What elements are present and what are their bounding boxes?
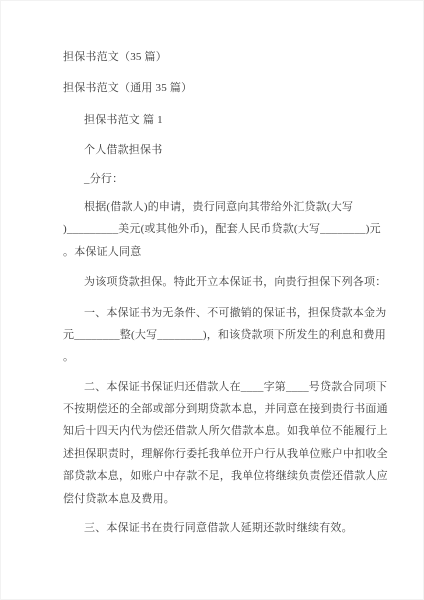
paragraph-line: 为该项贷款担保。特此开立本保证书，向贵行担保下列各项： <box>63 271 379 293</box>
paragraph-item-3: 三、本保证书在贵行同意借款人延期还款时继续有效。 <box>63 517 379 539</box>
paragraph-line: 。本保证人同意 <box>63 241 379 263</box>
section-heading: 担保书范文 篇 1 <box>63 109 379 131</box>
paragraph-line: 部贷款本息，如账户中存款不足，我单位将继续负责偿还借款人应 <box>63 465 379 487</box>
document-page: 担保书范文（35 篇） 担保书范文（通用 35 篇） 担保书范文 篇 1 个人借… <box>0 0 424 600</box>
paragraph-line: )_________美元(或其他外币)，配套人民币贷款(大写________)元 <box>63 218 379 240</box>
paragraph-item-1: 一、本保证书为无条件、不可撤销的保证书，担保贷款本金为 元________整(大… <box>63 302 379 369</box>
paragraph-line: 不按期偿还的全部或部分到期贷款本息，并同意在接到贵行书面通 <box>63 398 379 420</box>
paragraph-line: 二、本保证书保证归还借款人在____字第____号贷款合同项下 <box>63 376 379 398</box>
paragraph-line: 三、本保证书在贵行同意借款人延期还款时继续有效。 <box>63 517 379 539</box>
paragraph-application: 根据(借款人)的申请，贵行同意向其带给外汇贷款(大写 )_________美元(… <box>63 196 379 263</box>
paragraph-line: 述担保职责时，理解你行委托我单位开户行从我单位账户中扣收全 <box>63 443 379 465</box>
salutation-line: _分行： <box>63 168 379 190</box>
document-subheading: 担保书范文（通用 35 篇） <box>63 77 379 99</box>
paragraph-line: 元________整(大写________)，和该贷款项下所发生的利息和费用 <box>63 324 379 346</box>
paragraph-line: 。 <box>63 346 379 368</box>
document-heading: 担保书范文（35 篇） <box>63 46 379 68</box>
paragraph-item-2: 二、本保证书保证归还借款人在____字第____号贷款合同项下 不按期偿还的全部… <box>63 376 379 510</box>
paragraph-line: 一、本保证书为无条件、不可撤销的保证书，担保贷款本金为 <box>63 302 379 324</box>
paragraph-purpose: 为该项贷款担保。特此开立本保证书，向贵行担保下列各项： <box>63 271 379 293</box>
document-title: 个人借款担保书 <box>63 139 379 161</box>
document-body: 担保书范文（35 篇） 担保书范文（通用 35 篇） 担保书范文 篇 1 个人借… <box>63 46 379 539</box>
paragraph-line: 知后十四天内代为偿还借款人所欠借款本息。如我单位不能履行上 <box>63 420 379 442</box>
paragraph-line: 偿付贷款本息及费用。 <box>63 488 379 510</box>
paragraph-line: 根据(借款人)的申请，贵行同意向其带给外汇贷款(大写 <box>63 196 379 218</box>
